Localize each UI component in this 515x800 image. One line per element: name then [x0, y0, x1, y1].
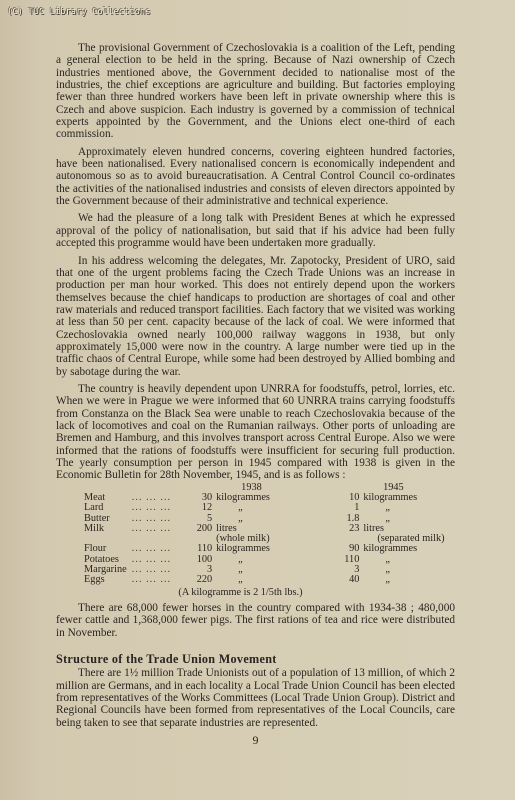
value-1945: 40	[332, 575, 364, 585]
value-1945: 23	[332, 524, 364, 534]
leader-dots: ... ... ...	[132, 575, 171, 585]
food-consumption-table: 1938 1945 Meat... ... ...30kilogrammes10…	[84, 483, 455, 586]
unit-1938: kilogrammes	[216, 493, 332, 503]
unit-1938: „	[216, 503, 332, 513]
paragraph-zapotocky-address: In his address welcoming the delegates, …	[56, 255, 455, 378]
unit-1938: „	[216, 575, 332, 585]
food-item-name: Milk	[84, 524, 132, 534]
kilogramme-note: (A kilogramme is 2 1/5th lbs.)	[56, 587, 455, 599]
document-page: The provisional Government of Czechoslov…	[56, 42, 455, 746]
unit-1938: „	[216, 565, 332, 575]
unit-1945: „	[363, 575, 455, 585]
paragraph-livestock: There are 68,000 fewer horses in the cou…	[56, 602, 455, 639]
page-number: 9	[56, 734, 455, 746]
paragraph-unrra: The country is heavily dependent upon UN…	[56, 383, 455, 482]
food-item-name: Eggs	[84, 575, 132, 585]
unit-1945: „	[363, 555, 455, 565]
section-heading: Structure of the Trade Union Movement	[56, 653, 455, 665]
unit-1945: „	[363, 503, 455, 513]
unit-1945: kilogrammes	[363, 493, 455, 503]
unit-1945: kilogrammes	[363, 544, 455, 554]
unit-1938: kilogrammes	[216, 544, 332, 554]
value-1938: 220	[171, 575, 216, 585]
paragraph-government: The provisional Government of Czechoslov…	[56, 42, 455, 141]
table-row: Eggs... ... ...220„40„	[84, 575, 455, 585]
leader-dots: ... ... ...	[132, 524, 171, 534]
paragraph-president-benes: We had the pleasure of a long talk with …	[56, 212, 455, 249]
paragraph-trade-unionists: There are 1½ million Trade Unionists out…	[56, 667, 455, 729]
unit-1938: „	[216, 555, 332, 565]
copyright-watermark: (C) TUC Library Collections	[7, 7, 151, 17]
unit-1945: „	[363, 565, 455, 575]
value-1938: 200	[171, 524, 216, 534]
paragraph-nationalised-concerns: Approximately eleven hundred concerns, c…	[56, 146, 455, 208]
